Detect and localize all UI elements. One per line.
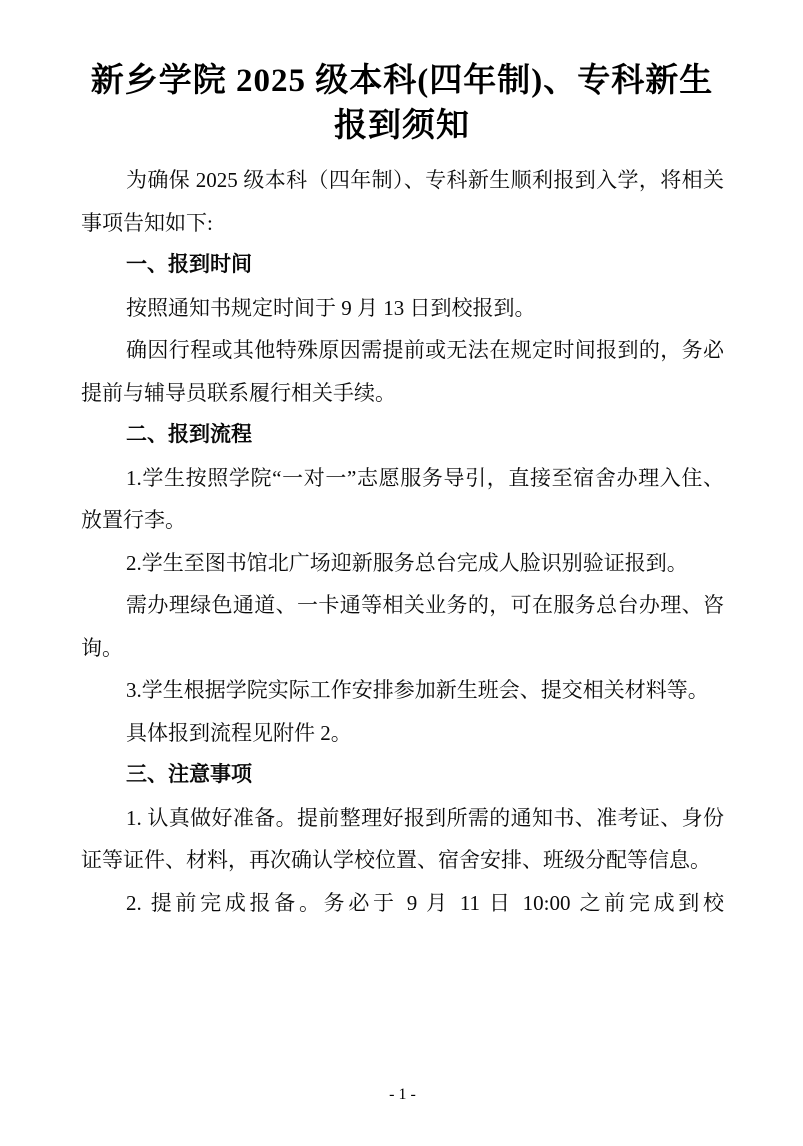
section-heading: 一、报到时间 xyxy=(81,244,724,287)
body-paragraph: 1.学生按照学院“一对一”志愿服务导引，直接至宿舍办理入住、放置行李。 xyxy=(81,457,724,542)
document-page: 新乡学院 2025 级本科(四年制)、专科新生 报到须知 为确保 2025 级本… xyxy=(0,0,803,1146)
body-paragraph: 确因行程或其他特殊原因需提前或无法在规定时间报到的，务必提前与辅导员联系履行相关… xyxy=(81,329,724,414)
document-title: 新乡学院 2025 级本科(四年制)、专科新生 报到须知 xyxy=(80,59,724,149)
body-paragraph: 1. 认真做好准备。提前整理好报到所需的通知书、准考证、身份证等证件、材料，再次… xyxy=(81,797,724,882)
body-paragraph: 3.学生根据学院实际工作安排参加新生班会、提交相关材料等。 xyxy=(81,669,724,712)
title-line-2: 报到须知 xyxy=(80,104,724,149)
title-line-1: 新乡学院 2025 级本科(四年制)、专科新生 xyxy=(80,59,724,104)
body-paragraph: 2. 提前完成报备。务必于 9 月 11 日 10:00 之前完成到校 xyxy=(81,882,724,925)
section-heading: 三、注意事项 xyxy=(81,754,724,797)
body-paragraph: 按照通知书规定时间于 9 月 13 日到校报到。 xyxy=(81,287,724,330)
body-paragraph: 需办理绿色通道、一卡通等相关业务的，可在服务总台办理、咨询。 xyxy=(81,584,724,669)
body-paragraph: 为确保 2025 级本科（四年制）、专科新生顺利报到入学，将相关事项告知如下: xyxy=(81,159,724,244)
section-heading: 二、报到流程 xyxy=(81,414,724,457)
page-number: - 1 - xyxy=(81,1085,724,1105)
document-body: 为确保 2025 级本科（四年制）、专科新生顺利报到入学，将相关事项告知如下:一… xyxy=(81,159,724,924)
body-paragraph: 具体报到流程见附件 2。 xyxy=(81,712,724,755)
body-paragraph: 2.学生至图书馆北广场迎新服务总台完成人脸识别验证报到。 xyxy=(81,542,724,585)
